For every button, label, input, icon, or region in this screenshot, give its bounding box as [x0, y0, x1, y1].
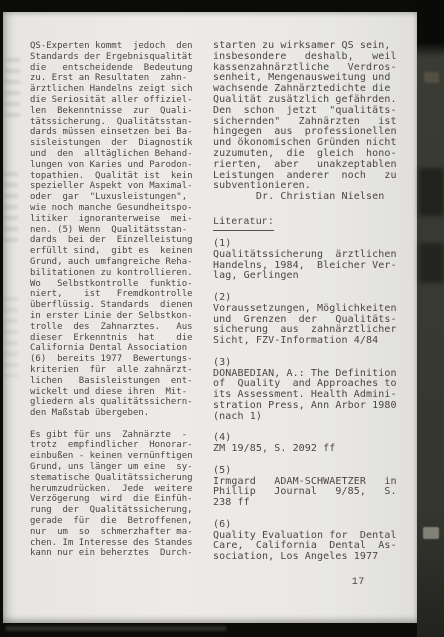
literatur-heading: Literatur: [213, 218, 274, 231]
right-column-text: starten zu wirksamer QS sein, insbesonde… [213, 41, 397, 203]
book-edge-faint-mark [424, 72, 439, 83]
references-list-text: (1) Qualitätssicherung ärztlichen Handel… [213, 239, 397, 563]
book-edge-shadow [417, 0, 444, 637]
print-bleed-artifact [5, 58, 20, 118]
book-edge-faint-mark [423, 527, 439, 539]
document-page: QS-Experten kommt jedoch den Standards d… [3, 12, 417, 623]
book-edge-dark-patch [419, 168, 444, 216]
page-number: 17 [213, 577, 365, 588]
photo-bottom-reflection [6, 626, 226, 631]
scanned-page-photo: QS-Experten kommt jedoch den Standards d… [0, 0, 444, 637]
print-bleed-artifact [3, 172, 18, 242]
print-bleed-artifact [3, 297, 18, 377]
left-column-text: QS-Experten kommt jedoch den Standards d… [30, 41, 193, 559]
book-edge-dark-patch [419, 243, 444, 283]
